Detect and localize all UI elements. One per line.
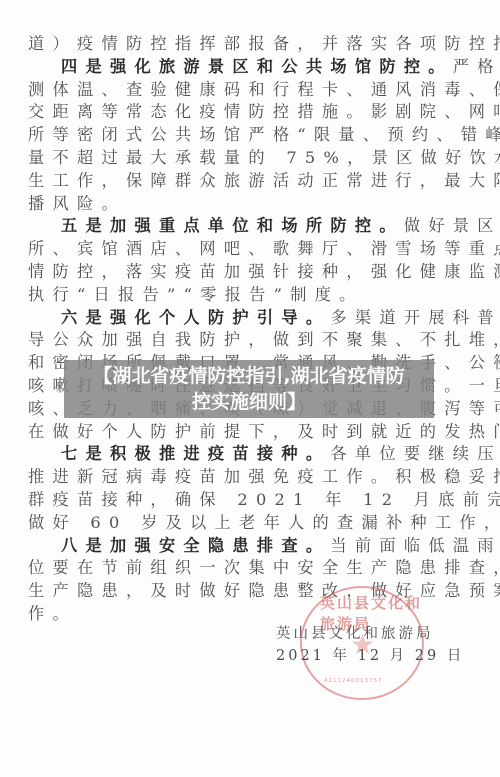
section-heading: 四是强化旅游景区和公共场馆防控。 bbox=[61, 57, 453, 76]
signature-organization: 英山县文化和旅游局 bbox=[276, 623, 464, 645]
overlay-title-line-2: 控实施细则】 bbox=[64, 389, 434, 415]
text-line: 五是加强重点单位和场所防控。做好景区景点、文化场 bbox=[28, 215, 474, 238]
line-text: 各单位要继续压实责任，加快 bbox=[330, 444, 500, 463]
text-line: 六是强化个人防护引导。多渠道开展科普宣传，教育引 bbox=[28, 307, 474, 330]
line-text: 导公众加强自我防护，做到不聚集、不扎堆，提倡人群聚集 bbox=[28, 330, 500, 349]
section-heading: 八是加强安全隐患排查。 bbox=[61, 536, 330, 555]
line-text: 情防控，落实疫苗加强针接种，强化健康监测和核酸抽检， bbox=[28, 262, 500, 281]
title-overlay: 【湖北省疫情防控指引,湖北省疫情防 控实施细则】 bbox=[64, 360, 434, 418]
text-line: 所等密闭式公共场馆严格“限量、预约、错峰”要求，接待 bbox=[28, 124, 474, 147]
line-text: 群疫苗接种，确保 2021 年 12 月底前完成全程接种。进一步 bbox=[28, 490, 500, 509]
signature-block: 英山县文化和旅游局 2021 年 12 月 29 日 bbox=[276, 623, 464, 667]
text-line: 播风险。 bbox=[28, 193, 474, 216]
line-text: 当前面临低温雨雪天气，各单 bbox=[330, 536, 500, 555]
line-text: 推进新冠病毒疫苗加强免疫工作。积极稳妥推进全体从业人 bbox=[28, 467, 500, 486]
line-text: 交距离等常态化疫情防控措施。影剧院、网吧、歌舞娱乐场 bbox=[28, 102, 500, 121]
text-line: 情防控，落实疫苗加强针接种，强化健康监测和核酸抽检， bbox=[28, 261, 474, 284]
text-line: 四是强化旅游景区和公共场馆防控。严格落实戴口罩、 bbox=[28, 56, 474, 79]
text-line: 所、宾馆酒店、网吧、歌舞厅、滑雪场等重点单位常态化疫 bbox=[28, 238, 474, 261]
text-line: 导公众加强自我防护，做到不聚集、不扎堆，提倡人群聚集 bbox=[28, 329, 474, 352]
line-text: 执行“日报告”“零报告”制度。 bbox=[28, 285, 364, 304]
line-text: 道）疫情防控指挥部报备，并落实各项防控措施。 bbox=[28, 34, 500, 53]
text-line: 七是积极推进疫苗接种。各单位要继续压实责任，加快 bbox=[28, 443, 474, 466]
text-line: 推进新冠病毒疫苗加强免疫工作。积极稳妥推进全体从业人 bbox=[28, 466, 474, 489]
section-heading: 五是加强重点单位和场所防控。 bbox=[61, 216, 404, 235]
line-text: 播风险。 bbox=[28, 194, 126, 213]
section-heading: 六是强化个人防护引导。 bbox=[61, 308, 330, 327]
line-text: 位要在节前组织一次集中安全生产隐患排查，及时发现安全 bbox=[28, 558, 500, 577]
text-line: 八是加强安全隐患排查。当前面临低温雨雪天气，各单 bbox=[28, 535, 474, 558]
line-text: 所等密闭式公共场馆严格“限量、预约、错峰”要求，接待 bbox=[28, 125, 500, 144]
line-text: 作。 bbox=[28, 604, 77, 623]
line-text: 严格落实戴口罩、 bbox=[453, 57, 500, 76]
text-line: 交距离等常态化疫情防控措施。影剧院、网吧、歌舞娱乐场 bbox=[28, 101, 474, 124]
line-text: 所、宾馆酒店、网吧、歌舞厅、滑雪场等重点单位常态化疫 bbox=[28, 239, 500, 258]
line-text: 量不超过最大承载量的 75%，景区做好饮水、食品和环境卫 bbox=[28, 148, 500, 167]
line-text: 在做好个人防护前提下，及时到就近的发热门诊就诊。 bbox=[28, 422, 500, 441]
document-body: 道）疫情防控指挥部报备，并落实各项防控措施。四是强化旅游景区和公共场馆防控。严格… bbox=[28, 33, 474, 626]
text-line: 道）疫情防控指挥部报备，并落实各项防控措施。 bbox=[28, 33, 474, 56]
line-text: 测体温、查验健康码和行程卡、通风消毒、保持 1 米以上社 bbox=[28, 80, 500, 99]
line-text: 生产隐患，及时做好隐患整改，做好应急预案和应急演练工 bbox=[28, 581, 500, 600]
text-line: 执行“日报告”“零报告”制度。 bbox=[28, 284, 474, 307]
text-line: 生工作，保障群众旅游活动正常进行，最大限度降低疫情传 bbox=[28, 170, 474, 193]
signature-date: 2021 年 12 月 29 日 bbox=[276, 645, 464, 667]
text-line: 量不超过最大承载量的 75%，景区做好饮水、食品和环境卫 bbox=[28, 147, 474, 170]
text-line: 群疫苗接种，确保 2021 年 12 月底前完成全程接种。进一步 bbox=[28, 489, 474, 512]
text-line: 在做好个人防护前提下，及时到就近的发热门诊就诊。 bbox=[28, 421, 474, 444]
line-text: 多渠道开展科普宣传，教育引 bbox=[330, 308, 500, 327]
line-text: 做好 60 岁及以上老年人的查漏补种工作，确保接种安全。 bbox=[28, 513, 500, 532]
overlay-title-line-1: 【湖北省疫情防控指引,湖北省疫情防 bbox=[64, 363, 434, 389]
text-line: 做好 60 岁及以上老年人的查漏补种工作，确保接种安全。 bbox=[28, 512, 474, 535]
seal-code: 4211240013757 bbox=[324, 678, 383, 684]
line-text: 生工作，保障群众旅游活动正常进行，最大限度降低疫情传 bbox=[28, 171, 500, 190]
line-text: 做好景区景点、文化场 bbox=[404, 216, 500, 235]
text-line: 位要在节前组织一次集中安全生产隐患排查，及时发现安全 bbox=[28, 557, 474, 580]
text-line: 测体温、查验健康码和行程卡、通风消毒、保持 1 米以上社 bbox=[28, 79, 474, 102]
section-heading: 七是积极推进疫苗接种。 bbox=[61, 444, 330, 463]
document-page: 道）疫情防控指挥部报备，并落实各项防控措施。四是强化旅游景区和公共场馆防控。严格… bbox=[0, 0, 500, 777]
